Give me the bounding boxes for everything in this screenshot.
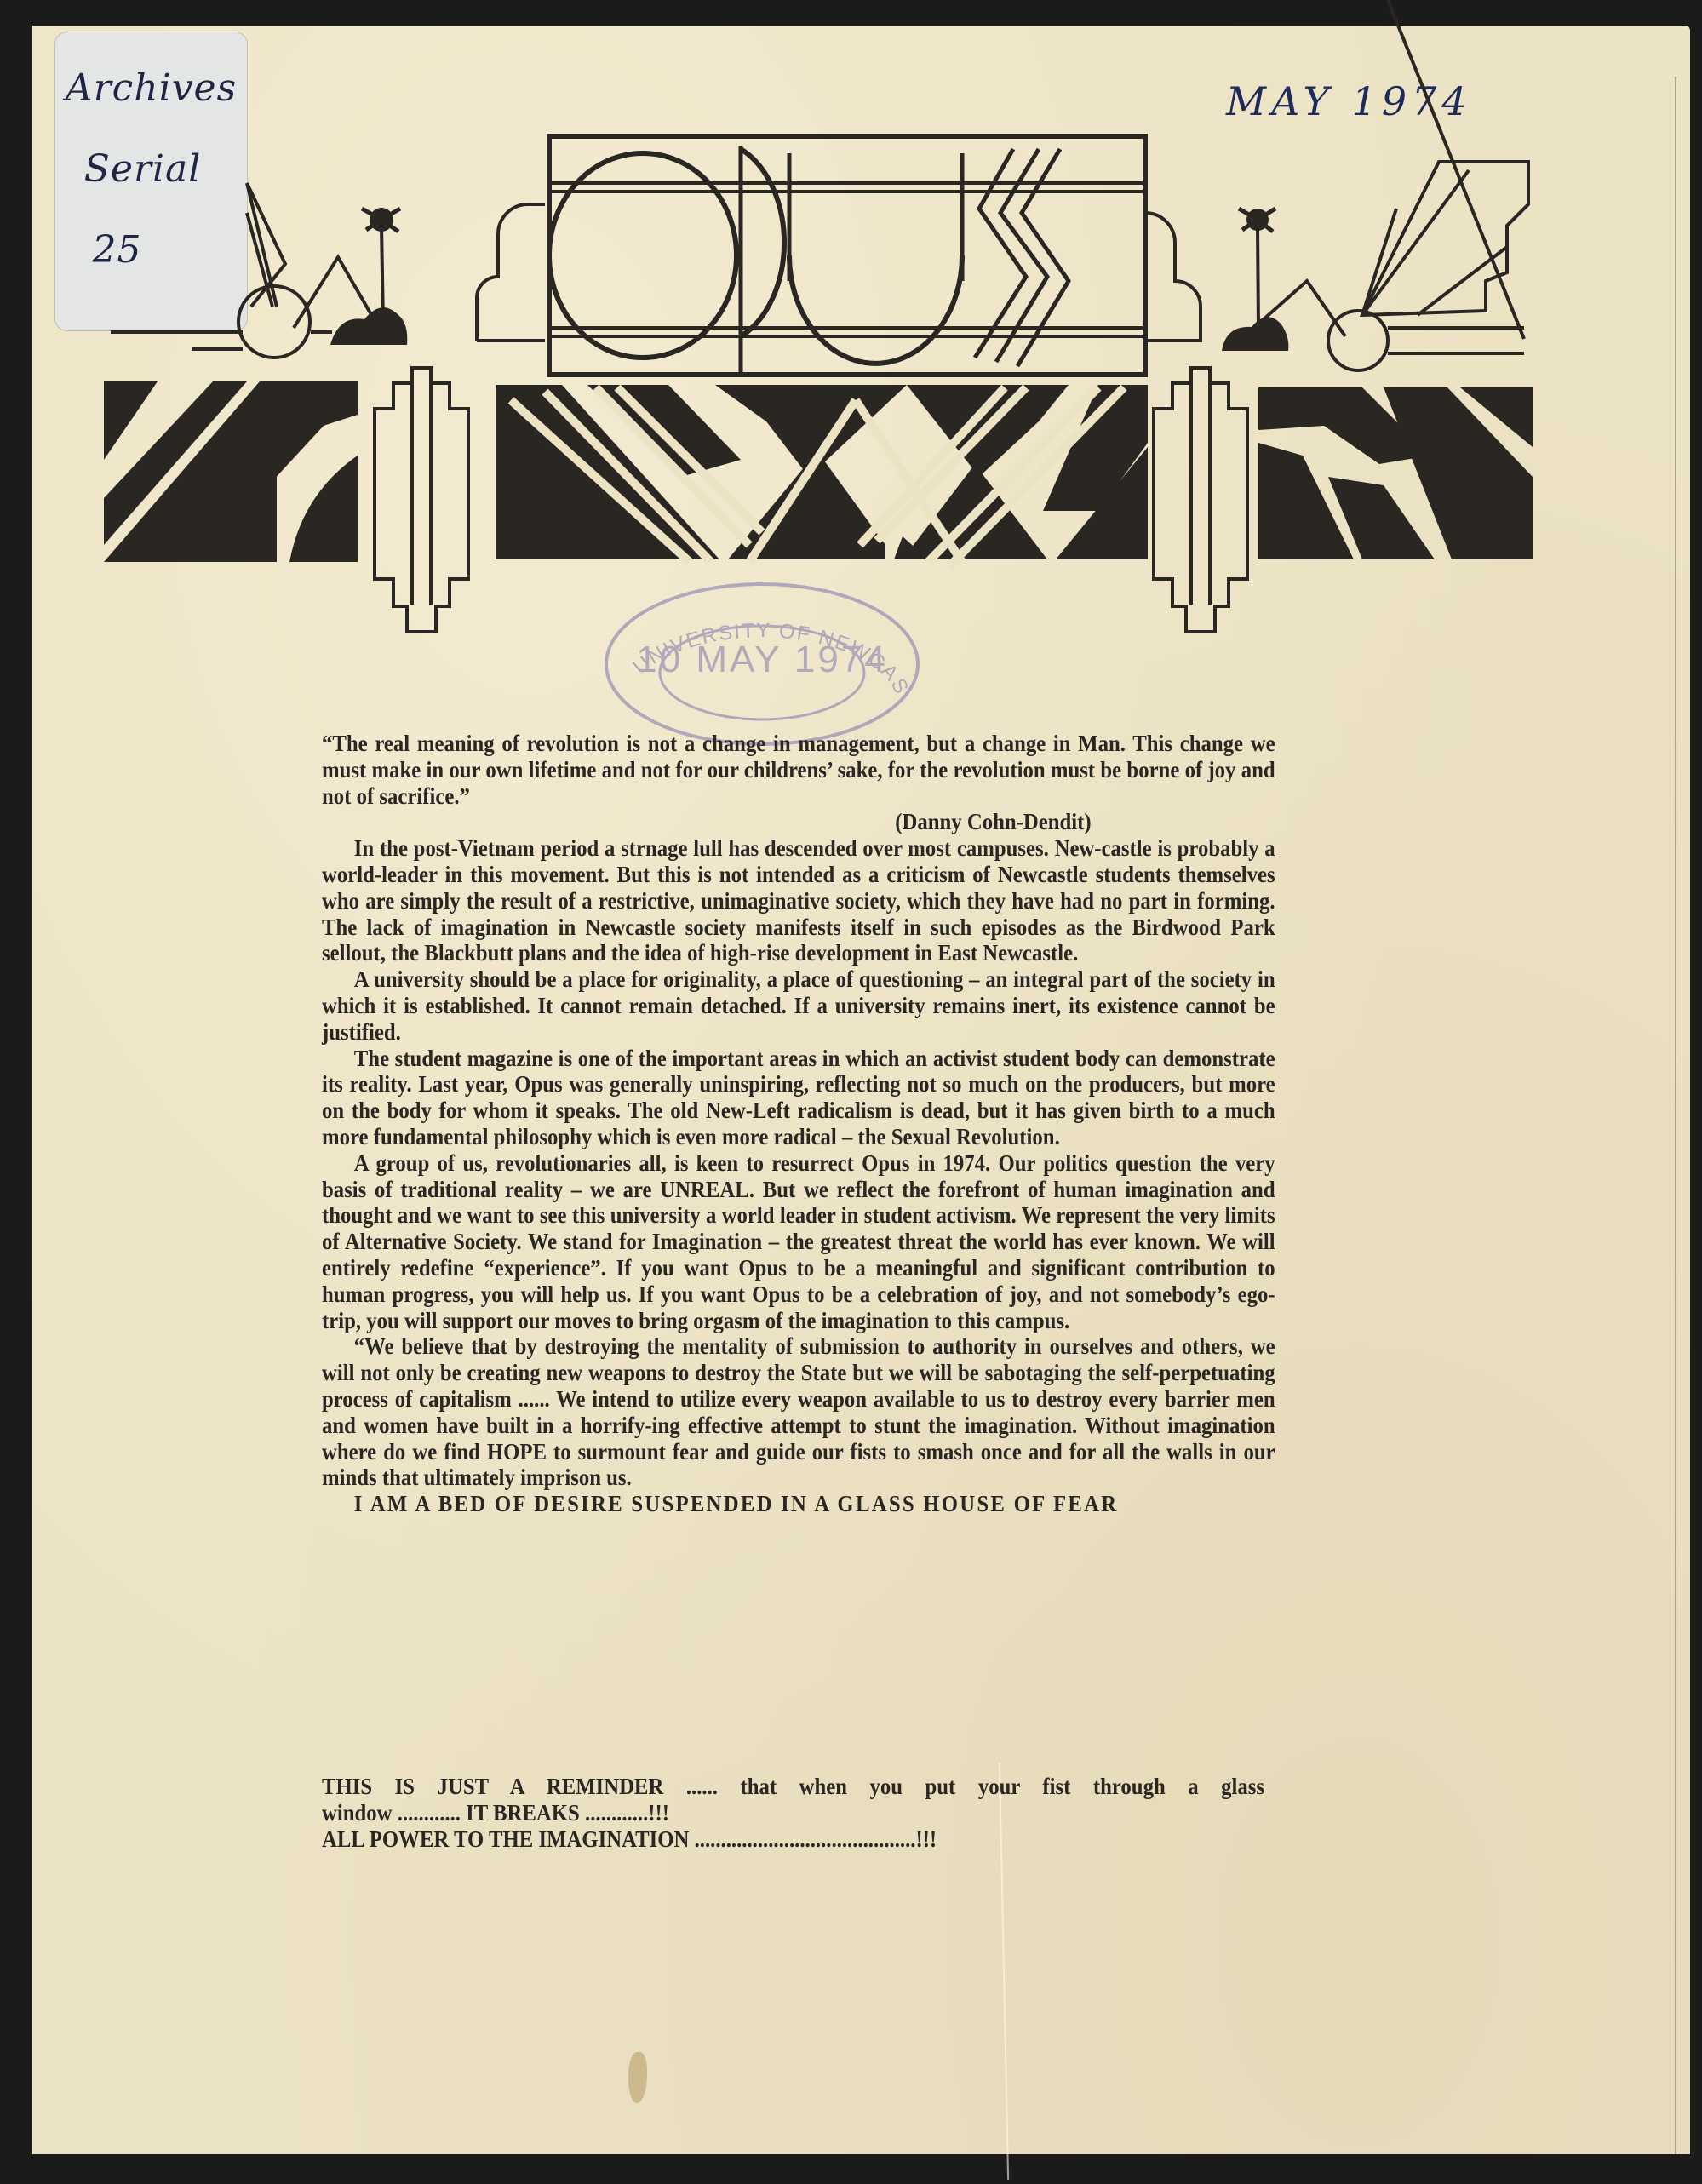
article-body: “The real meaning of revolution is not a… xyxy=(322,731,1275,1517)
reminder-line-2: window ............ IT BREAKS ..........… xyxy=(322,1799,1264,1826)
article-paragraph: “We believe that by destroying the menta… xyxy=(322,1333,1275,1491)
article-paragraph: A group of us, revolutionaries all, is k… xyxy=(322,1150,1275,1334)
closing-slogan: I AM A BED OF DESIRE SUSPENDED IN A GLAS… xyxy=(322,1491,1275,1517)
article-paragraph: The student magazine is one of the impor… xyxy=(322,1046,1275,1150)
epigraph-quote: “The real meaning of revolution is not a… xyxy=(322,731,1275,809)
article-paragraph: A university should be a place for origi… xyxy=(322,966,1275,1045)
paper-stain xyxy=(628,2052,647,2103)
opus-masthead-artwork xyxy=(0,0,1702,647)
reminder-line-1: THIS IS JUST A REMINDER ...... that when… xyxy=(322,1773,1264,1799)
library-date-stamp: UNIVERSITY OF NEWCASTLE 10 MAY 1974 xyxy=(600,579,924,749)
reminder-line-3: ALL POWER TO THE IMAGINATION ...........… xyxy=(322,1826,1264,1852)
article-paragraph: In the post-Vietnam period a strnage lul… xyxy=(322,835,1275,966)
reminder-block: THIS IS JUST A REMINDER ...... that when… xyxy=(322,1773,1264,1852)
stamp-date: 10 MAY 1974 xyxy=(600,639,924,681)
epigraph-attribution: (Danny Cohn-Dendit) xyxy=(322,809,1275,835)
